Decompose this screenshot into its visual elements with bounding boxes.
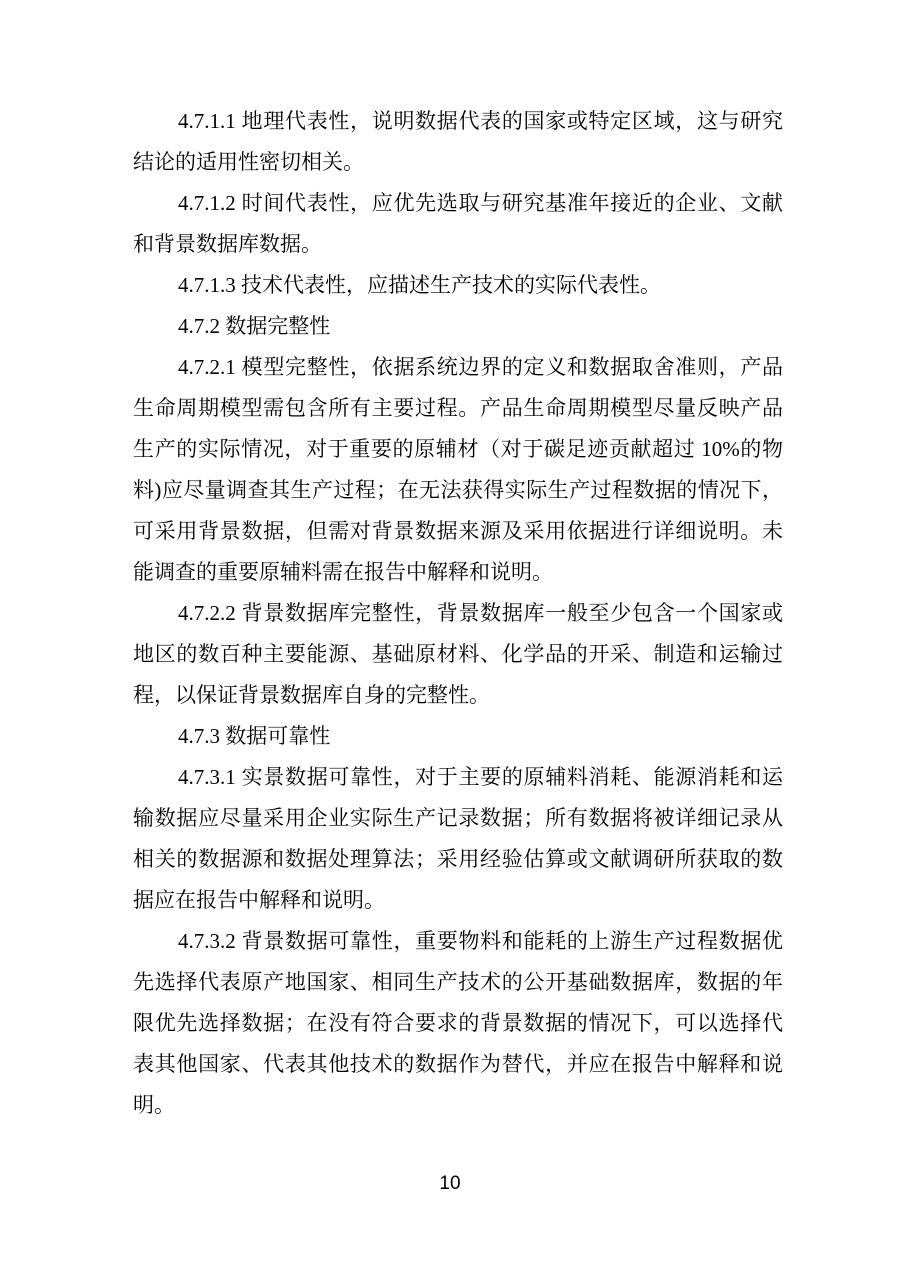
text-line: 据应在报告中解释和说明。 — [133, 880, 783, 921]
text-line: 4.7.3.2 背景数据可靠性，重要物料和能耗的上游生产过程数据优 — [133, 921, 783, 962]
text-line: 4.7.3.1 实景数据可靠性，对于主要的原辅料消耗、能源消耗和运 — [133, 757, 783, 798]
text-line: 能调查的重要原辅料需在报告中解释和说明。 — [133, 552, 783, 593]
text-line: 4.7.3 数据可靠性 — [133, 716, 783, 757]
text-line: 地区的数百种主要能源、基础原材料、化学品的开采、制造和运输过 — [133, 634, 783, 675]
text-line: 4.7.1.3 技术代表性，应描述生产技术的实际代表性。 — [133, 265, 783, 306]
text-line: 输数据应尽量采用企业实际生产记录数据；所有数据将被详细记录从 — [133, 798, 783, 839]
text-line: 和背景数据库数据。 — [133, 224, 783, 265]
text-line: 生产的实际情况，对于重要的原辅材（对于碳足迹贡献超过 10%的物 — [133, 429, 783, 470]
text-line: 先选择代表原产地国家、相同生产技术的公开基础数据库，数据的年 — [133, 962, 783, 1003]
text-line: 4.7.2.2 背景数据库完整性，背景数据库一般至少包含一个国家或 — [133, 593, 783, 634]
text-line: 限优先选择数据；在没有符合要求的背景数据的情况下，可以选择代 — [133, 1003, 783, 1044]
text-line: 生命周期模型需包含所有主要过程。产品生命周期模型尽量反映产品 — [133, 388, 783, 429]
text-line: 4.7.2.1 模型完整性，依据系统边界的定义和数据取舍准则，产品 — [133, 347, 783, 388]
text-line: 程，以保证背景数据库自身的完整性。 — [133, 675, 783, 716]
document-page: 4.7.1.1 地理代表性，说明数据代表的国家或特定区域，这与研究结论的适用性密… — [0, 0, 900, 1273]
text-line: 4.7.1.1 地理代表性，说明数据代表的国家或特定区域，这与研究 — [133, 101, 783, 142]
text-line: 可采用背景数据，但需对背景数据来源及采用依据进行详细说明。未 — [133, 511, 783, 552]
text-line: 相关的数据源和数据处理算法；采用经验估算或文献调研所获取的数 — [133, 839, 783, 880]
text-line: 4.7.2 数据完整性 — [133, 306, 783, 347]
page-number: 10 — [0, 1172, 900, 1196]
text-line: 明。 — [133, 1085, 783, 1126]
text-line: 表其他国家、代表其他技术的数据作为替代，并应在报告中解释和说 — [133, 1044, 783, 1085]
text-line: 4.7.1.2 时间代表性，应优先选取与研究基准年接近的企业、文献 — [133, 183, 783, 224]
text-block: 4.7.1.1 地理代表性，说明数据代表的国家或特定区域，这与研究结论的适用性密… — [133, 101, 783, 1126]
text-line: 料)应尽量调查其生产过程；在无法获得实际生产过程数据的情况下， — [133, 470, 783, 511]
text-line: 结论的适用性密切相关。 — [133, 142, 783, 183]
